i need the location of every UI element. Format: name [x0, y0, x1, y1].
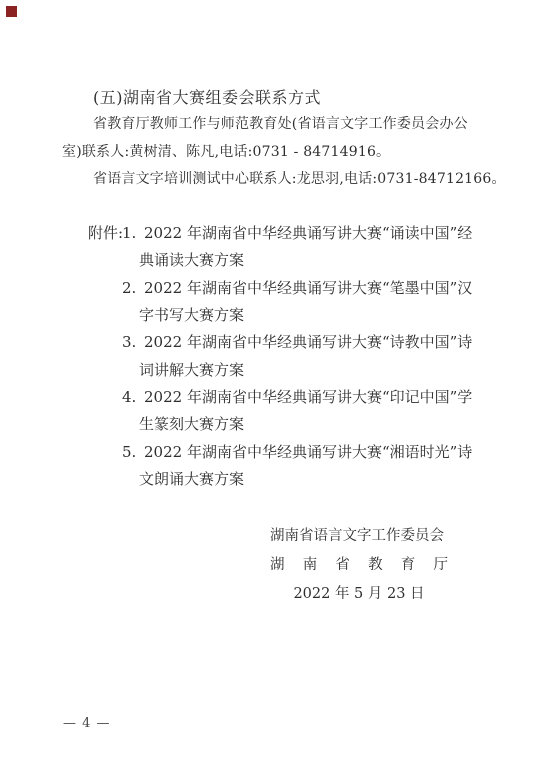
attachment-text: 2022 年湖南省中华经典诵写讲大赛“笔墨中国”汉 [144, 275, 490, 302]
attachment-text-continued: 典诵读大赛方案 [139, 247, 490, 274]
contact-paragraph-line-1: 省教育厅教师工作与师范教育处(省语言文字工作委员会办公 [93, 111, 490, 138]
attachment-text: 2022 年湖南省中华经典诵写讲大赛“印记中国”学 [144, 384, 490, 411]
attachment-item-5: 5. 2022 年湖南省中华经典诵写讲大赛“湘语时光”诗 文朗诵大赛方案 [88, 439, 490, 494]
attachment-item-3: 3. 2022 年湖南省中华经典诵写讲大赛“诗教中国”诗 词讲解大赛方案 [88, 329, 490, 384]
signature-organization-1: 湖南省语言文字工作委员会 [270, 522, 448, 551]
contact-paragraph-line-3: 省语言文字培训测试中心联系人:龙思羽,电话:0731-84712166。 [93, 166, 490, 193]
page-number: — 4 — [63, 716, 111, 731]
attachments-label: 附件: [88, 220, 122, 247]
contact-paragraph-line-2: 室)联系人:黄树清、陈凡,电话:0731 - 84714916。 [62, 139, 490, 166]
attachment-text: 2022 年湖南省中华经典诵写讲大赛“诗教中国”诗 [144, 329, 490, 356]
document-body: (五)湖南省大赛组委会联系方式 省教育厅教师工作与师范教育处(省语言文字工作委员… [62, 0, 490, 609]
corner-marker [6, 6, 17, 17]
attachment-number: 2. [122, 275, 144, 302]
attachment-number: 4. [122, 384, 144, 411]
attachments-list: 附件: 1. 2022 年湖南省中华经典诵写讲大赛“诵读中国”经 典诵读大赛方案… [62, 220, 490, 493]
attachment-number: 1. [122, 220, 144, 247]
attachment-number: 5. [122, 439, 144, 466]
attachment-number: 3. [122, 329, 144, 356]
attachment-item-4: 4. 2022 年湖南省中华经典诵写讲大赛“印记中国”学 生篆刻大赛方案 [88, 384, 490, 439]
attachment-item-2: 2. 2022 年湖南省中华经典诵写讲大赛“笔墨中国”汉 字书写大赛方案 [88, 275, 490, 330]
signature-date: 2022 年 5 月 23 日 [270, 580, 448, 609]
attachment-text: 2022 年湖南省中华经典诵写讲大赛“诵读中国”经 [144, 220, 490, 247]
signature-block: 湖南省语言文字工作委员会 湖南省教育厅 2022 年 5 月 23 日 [270, 522, 448, 609]
attachment-text-continued: 生篆刻大赛方案 [139, 411, 490, 438]
attachment-text-continued: 词讲解大赛方案 [139, 357, 490, 384]
attachment-text: 2022 年湖南省中华经典诵写讲大赛“湘语时光”诗 [144, 439, 490, 466]
attachment-text-continued: 字书写大赛方案 [139, 302, 490, 329]
signature-organization-2: 湖南省教育厅 [270, 551, 466, 580]
document-page: (五)湖南省大赛组委会联系方式 省教育厅教师工作与师范教育处(省语言文字工作委员… [0, 0, 553, 782]
section-heading: (五)湖南省大赛组委会联系方式 [93, 84, 490, 111]
attachment-text-continued: 文朗诵大赛方案 [139, 466, 490, 493]
attachment-item-1: 附件: 1. 2022 年湖南省中华经典诵写讲大赛“诵读中国”经 典诵读大赛方案 [88, 220, 490, 275]
